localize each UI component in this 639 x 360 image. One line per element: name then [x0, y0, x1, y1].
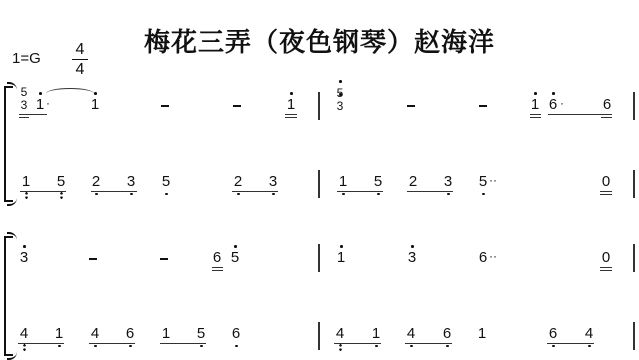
note: 1	[53, 326, 65, 342]
note: 3	[125, 174, 137, 190]
note: 1	[370, 326, 382, 342]
underline	[600, 191, 612, 192]
underline	[600, 194, 612, 195]
underline	[334, 343, 381, 344]
note: 5	[160, 174, 172, 190]
underline	[160, 343, 206, 344]
augmentation-dots: ··	[489, 173, 497, 187]
note: 1	[89, 97, 101, 113]
note: 1	[337, 174, 349, 190]
note: 5	[229, 250, 241, 266]
score-title: 梅花三弄（夜色钢琴）赵海洋	[0, 22, 639, 59]
underline	[285, 114, 297, 115]
note: 3	[18, 250, 30, 266]
time-signature-top: 4	[72, 40, 88, 59]
note: 4	[18, 326, 30, 342]
underline	[547, 343, 594, 344]
underline	[91, 191, 137, 192]
note: 3	[267, 174, 279, 190]
bar-line	[318, 322, 320, 350]
note: 4	[583, 326, 595, 342]
underline	[600, 270, 612, 271]
underline	[20, 191, 66, 192]
note: 5	[195, 326, 207, 342]
augmentation-dots: ··	[489, 249, 497, 263]
note: 6	[547, 326, 559, 342]
rest: 0	[600, 250, 612, 266]
note: 4	[405, 326, 417, 342]
bar-line	[318, 244, 320, 272]
note: 6	[477, 250, 489, 266]
time-signature-bottom: 4	[72, 59, 88, 79]
note: 6	[230, 326, 242, 342]
note: 6	[124, 326, 136, 342]
note: 1	[335, 250, 347, 266]
underline	[212, 267, 223, 268]
note: 1	[20, 174, 32, 190]
underline	[407, 191, 453, 192]
time-signature: 4 4	[72, 40, 88, 79]
note: 2	[232, 174, 244, 190]
note: 1	[476, 326, 488, 342]
underline	[530, 114, 541, 115]
note: 6	[601, 97, 613, 113]
underline	[19, 114, 47, 115]
note: 5	[55, 174, 67, 190]
underline	[601, 117, 612, 118]
note: 6	[547, 97, 559, 113]
bar-line	[318, 170, 320, 198]
note: 5	[372, 174, 384, 190]
bar-line	[318, 92, 320, 120]
underline	[232, 191, 278, 192]
underline	[600, 267, 612, 268]
underline	[548, 114, 612, 115]
note: 4	[334, 326, 346, 342]
note: 3	[442, 174, 454, 190]
underline	[18, 343, 64, 344]
note: 1	[529, 97, 541, 113]
dash	[160, 258, 168, 260]
rest: 0	[600, 174, 612, 190]
augmentation-dot: ·	[560, 96, 564, 110]
note: 2	[407, 174, 419, 190]
note: 3	[406, 250, 418, 266]
dash	[161, 105, 169, 107]
system-bracket-1	[4, 86, 13, 202]
system-bracket-2	[4, 236, 13, 356]
note: 1	[34, 97, 46, 113]
note: 6	[441, 326, 453, 342]
underline	[285, 117, 297, 118]
bar-line	[633, 244, 635, 272]
dash	[233, 105, 241, 107]
key-signature: 1=G	[12, 50, 41, 67]
underline	[405, 343, 452, 344]
underline	[89, 343, 135, 344]
underline	[530, 117, 541, 118]
note: 1	[160, 326, 172, 342]
note: 5	[477, 174, 489, 190]
bar-line	[633, 92, 635, 120]
underline	[212, 270, 223, 271]
underline	[19, 117, 29, 118]
dash	[89, 258, 97, 260]
bar-line	[633, 322, 635, 350]
dash	[407, 105, 415, 107]
note: 2	[90, 174, 102, 190]
note: 4	[89, 326, 101, 342]
slur	[46, 88, 94, 99]
note: 6	[211, 250, 223, 266]
chord-note: 3	[334, 98, 346, 114]
bar-line	[633, 170, 635, 198]
underline	[337, 191, 383, 192]
dash	[479, 105, 487, 107]
chord-note: 3	[18, 97, 30, 113]
note: 1	[285, 97, 297, 113]
